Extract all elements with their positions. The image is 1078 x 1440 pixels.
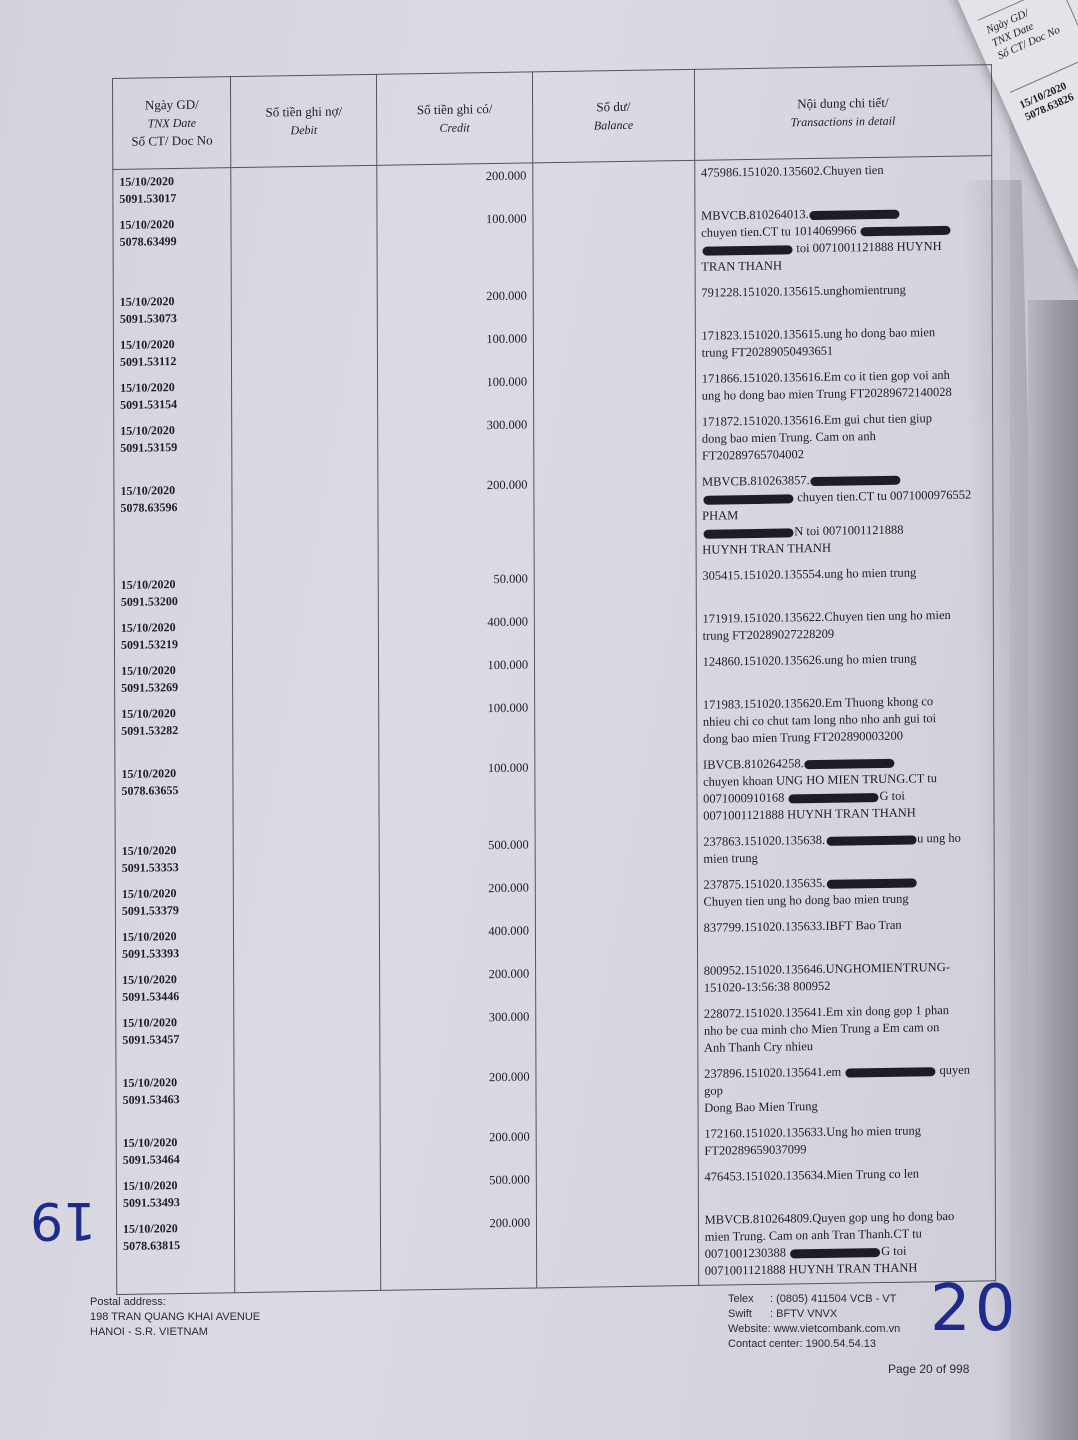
cell-debit [233, 612, 379, 657]
cell-detail: 237875.151020.135635.Chuyen tien ung ho … [697, 868, 994, 916]
detail-line: 791228.151020.135615.unghomientrung [701, 280, 985, 301]
telex-line: Telex: (0805) 411504 VCB - VT [728, 1292, 900, 1307]
cell-detail: 800952.151020.135646.UNGHOMIENTRUNG-1510… [697, 954, 994, 1002]
redaction-bar [810, 209, 900, 219]
cell-credit: 300.000 [378, 412, 534, 474]
detail-line: 305415.151020.135554.ung ho mien trung [702, 563, 986, 584]
cell-debit [234, 1067, 380, 1129]
header-date: Ngày GD/ TNX Date Số CT/ Doc No [113, 77, 232, 170]
cell-credit: 100.000 [379, 755, 535, 834]
doc-number: 5091.53353 [122, 858, 228, 877]
doc-number: 5078.63499 [120, 232, 226, 251]
txn-date: 15/10/2020 [121, 661, 227, 680]
cell-debit [234, 878, 380, 923]
cell-date-doc: 15/10/20205078.63499 [113, 211, 232, 290]
cell-balance [534, 367, 696, 413]
cell-balance [534, 564, 696, 610]
cell-balance [533, 324, 695, 370]
doc-number: 5091.53159 [120, 438, 226, 457]
page-number: Page 20 of 998 [888, 1362, 969, 1376]
table-row: 15/10/20205078.63499100.000MBVCB.8102640… [113, 199, 992, 290]
cell-credit: 400.000 [378, 609, 534, 654]
cell-date-doc: 15/10/20205078.63596 [114, 477, 233, 573]
cell-credit: 500.000 [379, 832, 535, 877]
handwritten-upside-down-mark: 19 [30, 1190, 96, 1250]
cell-balance [533, 281, 695, 327]
detail-line: 476453.151020.135634.Mien Trung co len [704, 1164, 988, 1185]
cell-debit [232, 415, 378, 477]
txn-date: 15/10/2020 [119, 215, 225, 234]
header-balance: Số dư/ Balance [533, 69, 695, 163]
txn-date: 15/10/2020 [123, 1133, 229, 1152]
detail-line: FT20289765704002 [702, 443, 986, 464]
txn-date: 15/10/2020 [122, 927, 228, 946]
cell-detail: MBVCB.810263857. chuyen tien.CT tu 00710… [695, 465, 993, 564]
redaction-bar [702, 245, 792, 255]
cell-credit: 500.000 [380, 1167, 536, 1212]
cell-balance [534, 607, 696, 653]
cell-detail: 475986.151020.135602.Chuyen tien [694, 156, 991, 204]
cell-debit [234, 964, 380, 1009]
redaction-bar [826, 835, 916, 845]
cell-detail: MBVCB.810264013.chuyen tien.CT tu 101406… [695, 199, 993, 281]
cell-balance [536, 1122, 698, 1168]
cell-debit [232, 372, 378, 417]
cell-detail: 237863.151020.135638.u ung homien trung [697, 825, 994, 873]
cell-date-doc: 15/10/20205091.53269 [115, 657, 234, 702]
cell-balance [533, 204, 695, 284]
cell-date-doc: 15/10/20205091.53379 [115, 880, 234, 925]
cell-detail: 172160.151020.135633.Ung ho mien trungFT… [698, 1117, 995, 1165]
cell-detail: 171866.151020.135616.Em co it tien gop v… [695, 362, 992, 410]
doc-number: 5091.53282 [121, 721, 227, 740]
doc-number: 5091.53446 [122, 987, 228, 1006]
cell-credit: 200.000 [379, 875, 535, 920]
cell-date-doc: 15/10/20205078.63655 [115, 760, 234, 839]
detail-line: mien trung [703, 846, 987, 867]
detail-line: ung ho dong bao mien Trung FT20289672140… [702, 383, 986, 404]
detail-line: FT20289659037099 [704, 1138, 988, 1159]
cell-detail: 124860.151020.135626.ung ho mien trung [696, 645, 993, 693]
detail-line: 837799.151020.135633.IBFT Bao Tran [704, 915, 988, 936]
txn-date: 15/10/2020 [122, 970, 228, 989]
cell-balance [535, 916, 697, 962]
txn-date: 15/10/2020 [122, 1073, 228, 1092]
cell-date-doc: 15/10/20205091.53464 [116, 1129, 235, 1174]
doc-number: 5091.53200 [121, 592, 227, 611]
cell-date-doc: 15/10/20205091.53159 [114, 417, 233, 479]
doc-number: 5091.53219 [121, 635, 227, 654]
cell-debit [234, 921, 380, 966]
cell-credit: 50.000 [378, 566, 534, 611]
txn-date: 15/10/2020 [120, 292, 226, 311]
cell-credit: 100.000 [379, 695, 535, 757]
cell-debit [235, 1213, 381, 1293]
cell-detail: 837799.151020.135633.IBFT Bao Tran [697, 911, 994, 959]
cell-date-doc: 15/10/20205091.53493 [116, 1172, 235, 1217]
cell-balance [533, 160, 695, 206]
underlying-sheet-row: 15/10/2020 5078.63826 [1018, 79, 1076, 124]
doc-number: 5091.53154 [120, 395, 226, 414]
txn-date: 15/10/2020 [120, 421, 226, 440]
footer-postal-address: Postal address: 198 TRAN QUANG KHAI AVEN… [90, 1295, 260, 1340]
cell-balance [536, 1165, 698, 1211]
txn-date: 15/10/2020 [120, 378, 226, 397]
transactions-table-container: Ngày GD/ TNX Date Số CT/ Doc No Số tiền … [112, 64, 996, 1258]
txn-date: 15/10/2020 [122, 1013, 228, 1032]
doc-number: 5078.63815 [123, 1236, 229, 1255]
contact-line: Contact center: 1900.54.54.13 [728, 1337, 900, 1352]
cell-balance [534, 410, 696, 473]
cell-detail: 791228.151020.135615.unghomientrung [695, 276, 992, 324]
doc-number: 5091.53463 [123, 1090, 229, 1109]
footer-contact-info: Telex: (0805) 411504 VCB - VT Swift: BFT… [728, 1292, 900, 1352]
detail-line: 151020-13:56:38 800952 [704, 975, 988, 996]
website-line: Website: www.vietcombank.com.vn [728, 1322, 900, 1337]
doc-number: 5091.53393 [122, 944, 228, 963]
detail-line: trung FT20289050493651 [702, 340, 986, 361]
cell-balance [535, 873, 697, 919]
txn-date: 15/10/2020 [121, 704, 227, 723]
cell-balance [536, 959, 698, 1005]
cell-debit [234, 835, 380, 880]
cell-detail: 305415.151020.135554.ung ho mien trung [696, 559, 993, 607]
table-header-row: Ngày GD/ TNX Date Số CT/ Doc No Số tiền … [113, 65, 992, 170]
cell-date-doc: 15/10/20205091.53200 [114, 571, 233, 616]
redaction-bar [789, 793, 879, 803]
doc-number: 5091.53493 [123, 1193, 229, 1212]
cell-credit: 200.000 [380, 1064, 536, 1126]
cell-date-doc: 15/10/20205091.53017 [113, 168, 232, 213]
cell-detail: 171983.151020.135620.Em Thuong khong con… [696, 688, 994, 753]
cell-credit: 400.000 [379, 918, 535, 963]
swift-line: Swift: BFTV VNVX [728, 1307, 900, 1322]
cell-date-doc: 15/10/20205078.63815 [116, 1215, 235, 1294]
detail-line: chuyen tien.CT tu 0071000976552 PHAM [702, 486, 986, 524]
cell-date-doc: 15/10/20205091.53219 [114, 614, 233, 659]
cell-date-doc: 15/10/20205091.53457 [116, 1009, 235, 1071]
detail-line: dong bao mien Trung FT202890003200 [703, 726, 987, 747]
cell-balance [535, 693, 697, 756]
cell-credit: 200.000 [380, 1210, 536, 1290]
cell-balance [535, 753, 697, 833]
cell-date-doc: 15/10/20205091.53282 [115, 700, 234, 762]
detail-line: 475986.151020.135602.Chuyen tien [701, 160, 985, 181]
txn-date: 15/10/2020 [119, 172, 225, 191]
detail-line: Chuyen tien ung ho dong bao mien trung [703, 889, 987, 910]
cell-debit [231, 165, 377, 211]
transactions-body: 15/10/20205091.53017200.000475986.151020… [113, 156, 996, 1295]
table-row: 15/10/20205078.63815200.000MBVCB.8102648… [116, 1203, 995, 1294]
cell-credit: 100.000 [377, 369, 533, 414]
cell-date-doc: 15/10/20205091.53446 [116, 966, 235, 1011]
cell-balance [537, 1208, 699, 1288]
cell-detail: 171872.151020.135616.Em gui chut tien gi… [695, 405, 993, 470]
doc-number: 5091.53112 [120, 352, 226, 371]
page-stack-edge [1028, 300, 1078, 1440]
cell-debit [231, 209, 377, 288]
txn-date: 15/10/2020 [121, 764, 227, 783]
txn-date: 15/10/2020 [121, 618, 227, 637]
cell-detail: 228072.151020.135641.Em xin dong gop 1 p… [697, 997, 995, 1062]
cell-debit [232, 475, 378, 571]
cell-balance [535, 830, 697, 876]
redaction-bar [826, 878, 916, 888]
cell-debit [235, 1170, 381, 1215]
cell-date-doc: 15/10/20205091.53463 [116, 1069, 235, 1131]
doc-number: 5078.63655 [121, 781, 227, 800]
cell-debit [235, 1127, 381, 1172]
detail-line: HUYNH TRAN THANH [702, 537, 986, 558]
redaction-bar [790, 1248, 880, 1258]
table-row: 15/10/20205078.63596200.000MBVCB.8102638… [114, 465, 993, 573]
redaction-bar [805, 758, 895, 768]
cell-credit: 200.000 [377, 163, 533, 209]
txn-date: 15/10/2020 [120, 335, 226, 354]
cell-debit [234, 1007, 380, 1069]
detail-line: TRAN THANH [701, 254, 985, 275]
redaction-bar [861, 225, 951, 235]
header-credit: Số tiền ghi có/ Credit [376, 72, 532, 165]
cell-detail: IBVCB.810264258.chuyen khoan UNG HO MIEN… [696, 748, 994, 830]
cell-debit [232, 286, 378, 331]
cell-credit: 200.000 [379, 961, 535, 1006]
detail-line: trung FT20289027228209 [703, 623, 987, 644]
cell-debit [232, 329, 378, 374]
cell-date-doc: 15/10/20205091.53393 [115, 923, 234, 968]
cell-detail: 171823.151020.135615.ung ho dong bao mie… [695, 319, 992, 367]
cell-date-doc: 15/10/20205091.53154 [114, 374, 233, 419]
detail-line: Anh Thanh Cry nhieu [704, 1035, 988, 1056]
transactions-table: Ngày GD/ TNX Date Số CT/ Doc No Số tiền … [112, 64, 996, 1295]
cell-debit [233, 569, 379, 614]
doc-number: 5091.53017 [119, 189, 225, 208]
header-detail: Nội dung chi tiết/ Transactions in detai… [694, 65, 992, 161]
cell-detail: 476453.151020.135634.Mien Trung co len [698, 1160, 995, 1208]
header-debit: Số tiền ghi nợ/ Debit [231, 74, 377, 167]
cell-credit: 100.000 [378, 652, 534, 697]
cell-date-doc: 15/10/20205091.53073 [113, 288, 232, 333]
cell-balance [536, 1062, 698, 1125]
cell-debit [233, 655, 379, 700]
cell-balance [535, 650, 697, 696]
doc-number: 5091.53457 [122, 1030, 228, 1049]
redaction-bar [703, 494, 793, 504]
txn-date: 15/10/2020 [123, 1176, 229, 1195]
cell-balance [534, 470, 696, 567]
redaction-bar [811, 475, 901, 485]
doc-number: 5091.53073 [120, 309, 226, 328]
detail-line: Dong Bao Mien Trung [704, 1095, 988, 1116]
handwritten-page-mark: 20 [930, 1272, 1019, 1346]
redaction-bar [845, 1067, 935, 1077]
cell-credit: 200.000 [380, 1124, 536, 1169]
doc-number: 5091.53269 [121, 678, 227, 697]
txn-date: 15/10/2020 [123, 1219, 229, 1238]
cell-debit [233, 758, 379, 837]
txn-date: 15/10/2020 [120, 481, 226, 500]
txn-date: 15/10/2020 [122, 841, 228, 860]
cell-balance [536, 1002, 698, 1065]
cell-credit: 200.000 [377, 283, 533, 328]
detail-line: 237896.151020.135641.em quyen gop [704, 1061, 988, 1099]
cell-detail: 237896.151020.135641.em quyen gopDong Ba… [698, 1057, 996, 1122]
cell-credit: 100.000 [377, 206, 533, 285]
redaction-bar [703, 528, 793, 538]
table-row: 15/10/20205078.63655100.000IBVCB.8102642… [115, 748, 994, 839]
cell-credit: 300.000 [380, 1004, 536, 1066]
cell-date-doc: 15/10/20205091.53353 [115, 837, 234, 882]
cell-date-doc: 15/10/20205091.53112 [113, 331, 232, 376]
detail-line: 0071001121888 HUYNH TRAN THANH [703, 803, 987, 824]
txn-date: 15/10/2020 [121, 575, 227, 594]
txn-date: 15/10/2020 [122, 884, 228, 903]
doc-number: 5078.63596 [120, 498, 226, 517]
cell-detail: 171919.151020.135622.Chuyen tien ung ho … [696, 602, 993, 650]
doc-number: 5091.53379 [122, 901, 228, 920]
cell-credit: 100.000 [377, 326, 533, 371]
detail-line: 124860.151020.135626.ung ho mien trung [703, 649, 987, 670]
cell-credit: 200.000 [378, 472, 534, 568]
cell-debit [233, 698, 379, 760]
doc-number: 5091.53464 [123, 1150, 229, 1169]
